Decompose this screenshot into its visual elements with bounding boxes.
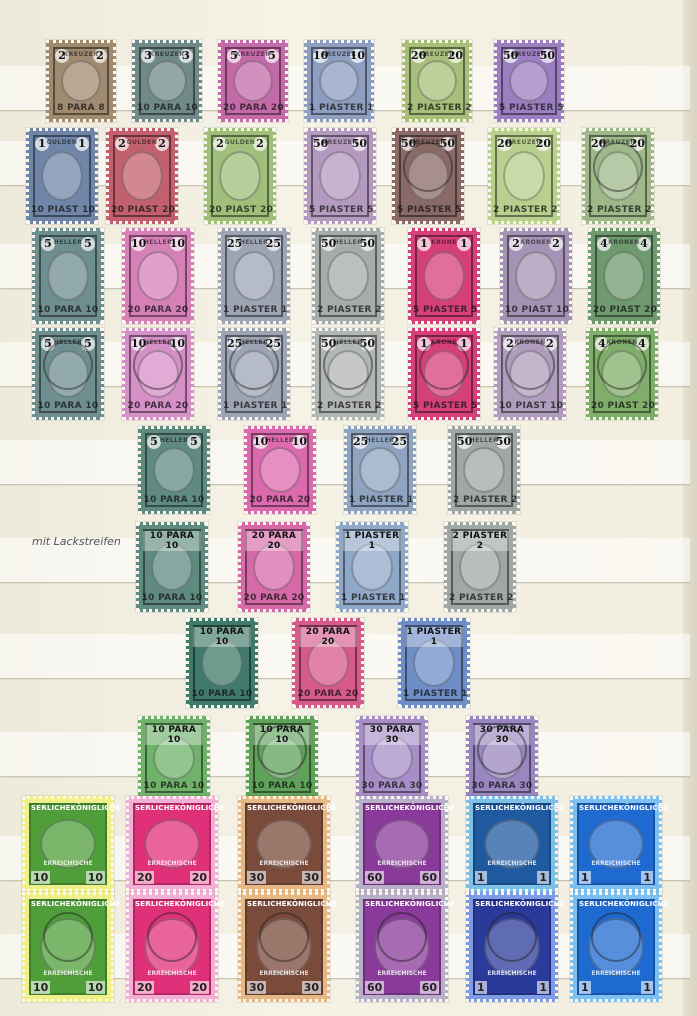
- stamp-inscription-lower: ERREICHISCHE: [247, 860, 321, 867]
- stamp: SERLICHEKÖNIGLICHEERREICHISCHE1010: [22, 892, 114, 1002]
- stamp-currency: HELLER: [347, 437, 413, 444]
- stamp-currency: HELLER: [451, 437, 517, 444]
- stamp: 44KRONEN20 PIAST 20: [586, 328, 658, 420]
- stamp-surcharge: 1 PIASTER 1: [223, 305, 285, 315]
- handwritten-note: mit Lackstreifen: [32, 535, 121, 548]
- portrait-oval: [423, 251, 465, 301]
- postmark: [419, 340, 469, 390]
- stamp: 5050KREUZER5 PIASTER 5: [494, 40, 564, 122]
- stamp: 1010HELLER20 PARA 20: [122, 328, 194, 420]
- stamp-denomination: 11: [579, 871, 653, 884]
- stamp: 2525HELLER1 PIASTER 1: [344, 426, 416, 514]
- stamp-currency: HELLER: [221, 239, 287, 246]
- stamp-surcharge: 2 PIASTER 2: [449, 593, 511, 603]
- postmark: [593, 142, 643, 192]
- portrait-oval: [503, 151, 545, 201]
- stamp-currency: KREUZER: [491, 139, 557, 146]
- stamp: 22KRONEN10 PIAST 10: [494, 328, 566, 420]
- stamp-inscription-lower: ERREICHISCHE: [365, 970, 439, 977]
- stamp-surcharge: 20 PIAST 20: [111, 205, 173, 215]
- stamp: 5050HELLER2 PIASTER 2: [312, 328, 384, 420]
- stamp-currency: HELLER: [125, 239, 191, 246]
- postmark: [257, 725, 307, 775]
- stamp-top-overprint: 10 PARA 10: [193, 627, 251, 647]
- postmark: [477, 725, 527, 775]
- stamp-surcharge: 20 PARA 20: [127, 305, 189, 315]
- stamp-surcharge: 20 PIAST 20: [591, 401, 653, 411]
- stamp-inscription: SERLICHEKÖNIGLICHE: [579, 804, 653, 812]
- postmark: [505, 340, 555, 390]
- stamp-inscription: SERLICHEKÖNIGLICHE: [31, 804, 105, 812]
- stamp-inscription-lower: ERREICHISCHE: [135, 860, 209, 867]
- stamp: 5050KREUZER5 PIASTER 5: [392, 128, 464, 224]
- portrait-oval: [233, 251, 275, 301]
- stamp-currency: KREUZER: [49, 51, 113, 58]
- stamp-surcharge: 1 PIASTER 1: [341, 593, 403, 603]
- portrait-oval: [463, 447, 505, 493]
- postmark: [133, 340, 183, 390]
- stamp: 55HELLER10 PARA 10: [32, 328, 104, 420]
- stamp-inscription-lower: ERREICHISCHE: [31, 970, 105, 977]
- stamp-currency: KRONEN: [591, 239, 657, 246]
- stamp: 1 PIASTER 11 PIASTER 1: [398, 618, 470, 708]
- stamp: 5050HELLER2 PIASTER 2: [312, 228, 384, 324]
- stamp: SERLICHEKÖNIGLICHEERREICHISCHE11: [466, 796, 558, 892]
- stamp: 1010HELLER20 PARA 20: [244, 426, 316, 514]
- stamp: 10 PARA 1010 PARA 10: [136, 522, 208, 612]
- portrait-oval: [319, 151, 361, 201]
- stamp-currency: KREUZER: [135, 51, 199, 58]
- stamp: SERLICHEKÖNIGLICHEERREICHISCHE2020: [126, 796, 218, 892]
- postmark: [229, 340, 279, 390]
- stamp: 2 PIASTER 22 PIASTER 2: [444, 522, 516, 612]
- stamp-denomination: 11: [579, 981, 653, 994]
- stamp: 22KRONEN10 PIAST 10: [500, 228, 572, 324]
- stamp-inscription: SERLICHEKÖNIGLICHE: [475, 804, 549, 812]
- stamp-top-overprint: 20 PARA 20: [245, 531, 303, 551]
- stamp: 10 PARA 1010 PARA 10: [186, 618, 258, 708]
- stamp-denomination: 6060: [365, 871, 439, 884]
- stamp-surcharge: 30 PARA 30: [361, 781, 423, 791]
- stamp: 44KRONEN20 PIAST 20: [588, 228, 660, 324]
- stamp-currency: KREUZER: [405, 51, 469, 58]
- stamp: 20 PARA 2020 PARA 20: [238, 522, 310, 612]
- stamp: SERLICHEKÖNIGLICHEERREICHISCHE6060: [356, 892, 448, 1002]
- stamp-top-overprint: 10 PARA 10: [143, 531, 201, 551]
- stamp-currency: KRONE: [411, 239, 477, 246]
- stamp-top-overprint: 30 PARA 30: [363, 725, 421, 745]
- stamp: 33KREUZER10 PARA 10: [132, 40, 202, 122]
- portrait-oval: [327, 251, 369, 301]
- stamp-currency: HELLER: [315, 239, 381, 246]
- postmark: [43, 912, 93, 962]
- stamp-surcharge: 10 PARA 10: [191, 689, 253, 699]
- stamp-inscription-lower: ERREICHISCHE: [247, 970, 321, 977]
- portrait-oval: [259, 447, 301, 493]
- portrait-oval: [121, 151, 163, 201]
- stamp: SERLICHEKÖNIGLICHEERREICHISCHE2020: [126, 892, 218, 1002]
- stamp-surcharge: 5 PIASTER 5: [309, 205, 371, 215]
- stamp-surcharge: 10 PARA 10: [37, 401, 99, 411]
- stamp: 11KRONE5 PIASTER 5: [408, 328, 480, 420]
- stamp: SERLICHEKÖNIGLICHEERREICHISCHE11: [570, 796, 662, 892]
- stamp: 2020KREUZER2 PIASTER 2: [582, 128, 654, 224]
- stamp: SERLICHEKÖNIGLICHEERREICHISCHE11: [466, 892, 558, 1002]
- stamp: 5050KREUZER5 PIASTER 5: [304, 128, 376, 224]
- postmark: [403, 142, 453, 192]
- stamp-surcharge: 10 PARA 10: [141, 593, 203, 603]
- stamp: 1010HELLER20 PARA 20: [122, 228, 194, 324]
- stamp-surcharge: 2 PIASTER 2: [493, 205, 555, 215]
- stamp: 22GULDEN20 PIAST 20: [106, 128, 178, 224]
- stamp-denomination: 3030: [247, 871, 321, 884]
- stamp-surcharge: 1 PIASTER 1: [309, 103, 369, 113]
- portrait-oval: [219, 151, 261, 201]
- stamp: SERLICHEKÖNIGLICHEERREICHISCHE11: [570, 892, 662, 1002]
- stamp-denomination: 11: [475, 871, 549, 884]
- stamp: 2525HELLER1 PIASTER 1: [218, 328, 290, 420]
- stamp: 20 PARA 2020 PARA 20: [292, 618, 364, 708]
- stamp: 5050HELLER2 PIASTER 2: [448, 426, 520, 514]
- stamp-currency: KREUZER: [221, 51, 285, 58]
- stamp-top-overprint: 20 PARA 20: [299, 627, 357, 647]
- stamp-surcharge: 5 PIASTER 5: [413, 401, 475, 411]
- portrait-oval: [603, 251, 645, 301]
- stamp-denomination: 2020: [135, 871, 209, 884]
- portrait-oval: [153, 447, 195, 493]
- stamp-currency: KREUZER: [307, 51, 371, 58]
- stamp-surcharge: 2 PIASTER 2: [453, 495, 515, 505]
- stamp-inscription: SERLICHEKÖNIGLICHE: [365, 900, 439, 908]
- portrait-oval: [515, 251, 557, 301]
- postmark: [597, 340, 647, 390]
- stamp-surcharge: 1 PIASTER 1: [349, 495, 411, 505]
- stamp: 11KRONE5 PIASTER 5: [408, 228, 480, 324]
- postmark: [323, 340, 373, 390]
- stamp-inscription-lower: ERREICHISCHE: [579, 970, 653, 977]
- stamp: 2525HELLER1 PIASTER 1: [218, 228, 290, 324]
- stamp-inscription-lower: ERREICHISCHE: [365, 860, 439, 867]
- stamp: 11GULDEN10 PIAST 10: [26, 128, 98, 224]
- stamp-denomination: 1010: [31, 981, 105, 994]
- postmark: [259, 912, 309, 962]
- stamp-inscription: SERLICHEKÖNIGLICHE: [135, 900, 209, 908]
- stamp: SERLICHEKÖNIGLICHEERREICHISCHE1010: [22, 796, 114, 892]
- stamp-inscription-lower: ERREICHISCHE: [475, 970, 549, 977]
- postmark: [147, 912, 197, 962]
- stamp: 22GULDEN20 PIAST 20: [204, 128, 276, 224]
- portrait-oval: [359, 447, 401, 493]
- stamp-top-overprint: 1 PIASTER 1: [343, 531, 401, 551]
- stamp: 10 PARA 1010 PARA 10: [246, 716, 318, 800]
- stamp-denomination: 1010: [31, 871, 105, 884]
- stamp: 22KREUZER8 PARA 8: [46, 40, 116, 122]
- stamp-surcharge: 5 PIASTER 5: [397, 205, 459, 215]
- stamp: 55HELLER10 PARA 10: [32, 228, 104, 324]
- stamp: SERLICHEKÖNIGLICHEERREICHISCHE3030: [238, 892, 330, 1002]
- stamp: 30 PARA 3030 PARA 30: [466, 716, 538, 800]
- stamp: 30 PARA 3030 PARA 30: [356, 716, 428, 800]
- stamp-surcharge: 20 PIAST 20: [593, 305, 655, 315]
- album-page: 22KREUZER8 PARA 833KREUZER10 PARA 1055KR…: [0, 0, 697, 1016]
- stamp-currency: KRONEN: [503, 239, 569, 246]
- stamp-surcharge: 10 PARA 10: [251, 781, 313, 791]
- stamp-surcharge: 1 PIASTER 1: [223, 401, 285, 411]
- stamp-top-overprint: 2 PIASTER 2: [451, 531, 509, 551]
- stamp-inscription: SERLICHEKÖNIGLICHE: [247, 804, 321, 812]
- stamp: 1 PIASTER 11 PIASTER 1: [336, 522, 408, 612]
- glassine-strip: [0, 732, 690, 777]
- stamp-currency: HELLER: [247, 437, 313, 444]
- stamp-top-overprint: 1 PIASTER 1: [405, 627, 463, 647]
- stamp-inscription: SERLICHEKÖNIGLICHE: [365, 804, 439, 812]
- stamp-surcharge: 20 PARA 20: [297, 689, 359, 699]
- stamp-inscription-lower: ERREICHISCHE: [475, 860, 549, 867]
- stamp-inscription: SERLICHEKÖNIGLICHE: [579, 900, 653, 908]
- stamp-surcharge: 8 PARA 8: [51, 103, 111, 113]
- postmark: [487, 912, 537, 962]
- stamp: 1010KREUZER1 PIASTER 1: [304, 40, 374, 122]
- stamp-surcharge: 10 PARA 10: [137, 103, 197, 113]
- stamp-inscription: SERLICHEKÖNIGLICHE: [475, 900, 549, 908]
- portrait-oval: [41, 151, 83, 201]
- stamp-surcharge: 20 PARA 20: [223, 103, 283, 113]
- stamp-surcharge: 10 PIAST 10: [31, 205, 93, 215]
- stamp-surcharge: 10 PIAST 10: [505, 305, 567, 315]
- stamp-denomination: 6060: [365, 981, 439, 994]
- stamp-denomination: 3030: [247, 981, 321, 994]
- stamp-currency: GULDEN: [207, 139, 273, 146]
- stamp-surcharge: 10 PARA 10: [37, 305, 99, 315]
- stamp-surcharge: 10 PIAST 10: [499, 401, 561, 411]
- stamp-surcharge: 20 PIAST 20: [209, 205, 271, 215]
- stamp-top-overprint: 10 PARA 10: [145, 725, 203, 745]
- stamp-surcharge: 5 PIASTER 5: [413, 305, 475, 315]
- stamp-currency: HELLER: [35, 239, 101, 246]
- stamp-surcharge: 2 PIASTER 2: [317, 401, 379, 411]
- stamp-inscription-lower: ERREICHISCHE: [135, 970, 209, 977]
- stamp-inscription: SERLICHEKÖNIGLICHE: [247, 900, 321, 908]
- stamp-surcharge: 10 PARA 10: [143, 495, 205, 505]
- portrait-oval: [137, 251, 179, 301]
- stamp-inscription: SERLICHEKÖNIGLICHE: [135, 804, 209, 812]
- stamp-currency: GULDEN: [109, 139, 175, 146]
- stamp: SERLICHEKÖNIGLICHEERREICHISCHE3030: [238, 796, 330, 892]
- postmark: [377, 912, 427, 962]
- stamp-inscription-lower: ERREICHISCHE: [31, 860, 105, 867]
- stamp-currency: KREUZER: [307, 139, 373, 146]
- stamp: 10 PARA 1010 PARA 10: [138, 716, 210, 800]
- stamp-surcharge: 1 PIASTER 1: [403, 689, 465, 699]
- stamp: 2020KREUZER2 PIASTER 2: [402, 40, 472, 122]
- stamp: 55KREUZER20 PARA 20: [218, 40, 288, 122]
- stamp-surcharge: 20 PARA 20: [243, 593, 305, 603]
- stamp-currency: KREUZER: [497, 51, 561, 58]
- stamp-surcharge: 20 PARA 20: [249, 495, 311, 505]
- stamp-surcharge: 2 PIASTER 2: [587, 205, 649, 215]
- stamp-surcharge: 30 PARA 30: [471, 781, 533, 791]
- stamp-surcharge: 2 PIASTER 2: [407, 103, 467, 113]
- stamp-surcharge: 5 PIASTER 5: [499, 103, 559, 113]
- stamp: 2020KREUZER2 PIASTER 2: [488, 128, 560, 224]
- stamp-surcharge: 20 PARA 20: [127, 401, 189, 411]
- stamp-surcharge: 2 PIASTER 2: [317, 305, 379, 315]
- portrait-oval: [47, 251, 89, 301]
- stamp-currency: HELLER: [141, 437, 207, 444]
- postmark: [43, 340, 93, 390]
- stamp-denomination: 11: [475, 981, 549, 994]
- postmark: [591, 912, 641, 962]
- stamp-currency: GULDEN: [29, 139, 95, 146]
- stamp-denomination: 2020: [135, 981, 209, 994]
- stamp-surcharge: 10 PARA 10: [143, 781, 205, 791]
- stamp-inscription: SERLICHEKÖNIGLICHE: [31, 900, 105, 908]
- stamp: SERLICHEKÖNIGLICHEERREICHISCHE6060: [356, 796, 448, 892]
- stamp-inscription-lower: ERREICHISCHE: [579, 860, 653, 867]
- stamp: 55HELLER10 PARA 10: [138, 426, 210, 514]
